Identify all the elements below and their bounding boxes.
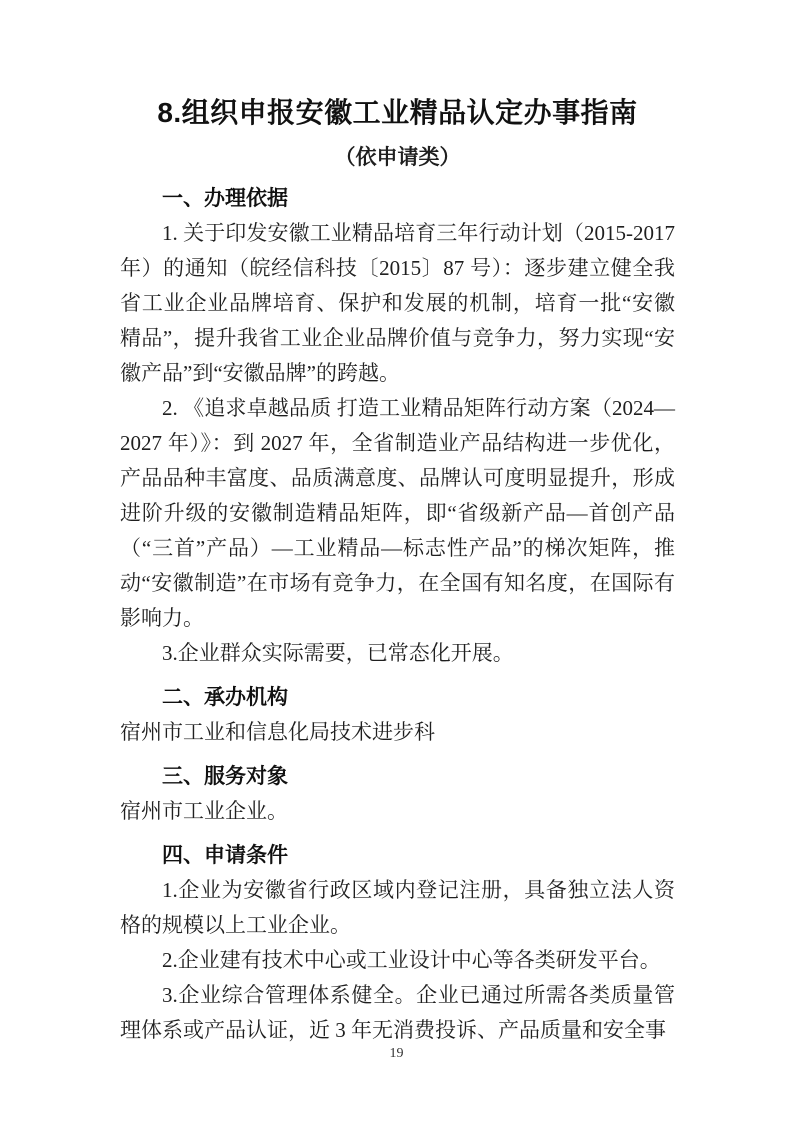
section-handling-agency: 二、承办机构 宿州市工业和信息化局技术进步科 [120,680,675,750]
body-paragraph: 3.企业群众实际需要，已常态化开展。 [120,636,675,671]
body-paragraph: 宿州市工业和信息化局技术进步科 [120,715,675,750]
section-legal-basis: 一、办理依据 1. 关于印发安徽工业精品培育三年行动计划（2015-2017 年… [120,181,675,671]
body-paragraph: 宿州市工业企业。 [120,794,675,829]
document-title: 8.组织申报安徽工业精品认定办事指南 [120,92,675,134]
document-subtitle: （依申请类） [120,142,675,172]
section-heading-handling-agency: 二、承办机构 [120,680,675,715]
body-paragraph: 1. 关于印发安徽工业精品培育三年行动计划（2015-2017 年）的通知（皖经… [120,216,675,391]
page-number: 19 [390,1046,404,1061]
section-heading-application-conditions: 四、申请条件 [120,838,675,873]
body-paragraph: 2.企业建有技术中心或工业设计中心等各类研发平台。 [120,943,675,978]
section-application-conditions: 四、申请条件 1.企业为安徽省行政区域内登记注册，具备独立法人资格的规模以上工业… [120,838,675,1048]
page-footer: 19 [0,1044,793,1062]
document-page: 8.组织申报安徽工业精品认定办事指南 （依申请类） 一、办理依据 1. 关于印发… [0,0,793,1122]
body-paragraph: 3.企业综合管理体系健全。企业已通过所需各类质量管理体系或产品认证，近 3 年无… [120,978,675,1048]
section-service-target: 三、服务对象 宿州市工业企业。 [120,759,675,829]
section-heading-legal-basis: 一、办理依据 [120,181,675,216]
body-paragraph: 2. 《追求卓越品质 打造工业精品矩阵行动方案（2024—2027 年）》：到 … [120,391,675,636]
section-heading-service-target: 三、服务对象 [120,759,675,794]
body-paragraph: 1.企业为安徽省行政区域内登记注册，具备独立法人资格的规模以上工业企业。 [120,873,675,943]
